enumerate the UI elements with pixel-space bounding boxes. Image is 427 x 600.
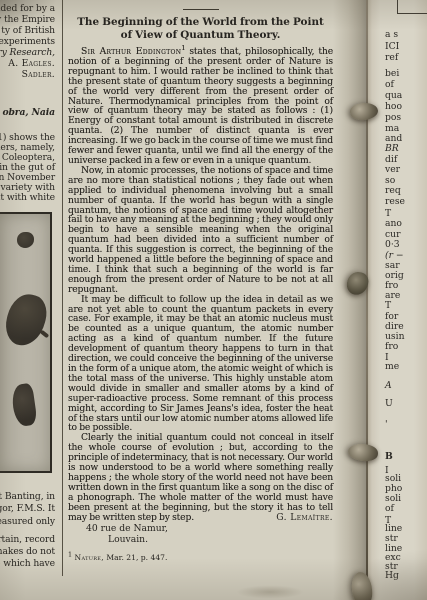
right-page-text-fragment: of [385, 504, 394, 515]
right-page-text-fragment: ver [385, 165, 400, 176]
left-column-text-fragment: two which have [0, 559, 55, 570]
left-column-text-fragment: Dairy Research, [0, 48, 55, 59]
left-column-text-fragment: out with white [0, 193, 55, 204]
facing-page-edge: a sICIrefbeiofquahooposmaandBRdifversore… [368, 0, 427, 600]
article-paragraph: It may be difficult to follow up the ide… [68, 295, 333, 434]
right-page-text-fragment: rese [385, 197, 405, 208]
book-gutter-shadow [333, 0, 367, 600]
section-separator-rule [183, 9, 219, 10]
left-column-text-fragment: y the Empire [0, 15, 55, 26]
right-page-text-fragment: hoo [385, 102, 402, 113]
article-paragraph: Clearly the initial quantum could not co… [68, 433, 333, 522]
left-column-text-fragment: obra, Naia [2, 108, 55, 119]
footnote-marker: 1 [68, 550, 72, 558]
article-title: The Beginning of the World from the Poin… [70, 16, 331, 42]
left-column-text-fragment: gor, F.M.S. It [0, 504, 55, 515]
specimen-larva-icon [10, 383, 38, 428]
right-page-text-fragment: ano [385, 219, 402, 230]
specimen-blob-icon [17, 232, 34, 248]
right-page-text-fragment: U [385, 399, 393, 410]
left-column-text-fragment: ty of British [1, 26, 55, 37]
right-page-text-fragment: T [385, 301, 391, 312]
left-column-text-fragment: snakes do not [0, 547, 55, 558]
right-page-text-fragment: bei [385, 69, 399, 80]
footnote-journal: Nature, [75, 553, 104, 562]
left-column-text-fragment: e experiments [0, 37, 55, 48]
address-line-city: Louvain. [68, 534, 333, 545]
right-page-text-fragment: req [385, 186, 401, 197]
left-column-strip: ided for by ay the Empirety of Britishe … [0, 0, 58, 600]
left-column-text-fragment: ided for by a [0, 4, 55, 15]
right-page-text-fragment: B [385, 452, 393, 463]
footnote: 1 Nature, Mar. 21, p. 447. [68, 553, 333, 562]
right-page-text-fragment: a s [385, 30, 398, 41]
left-column-text-fragment: measured only [0, 517, 55, 528]
left-column-text-fragment: A. Eagles. [8, 59, 55, 70]
right-page-text-fragment: A [385, 381, 392, 392]
specimen-photograph [0, 212, 52, 473]
address-line-street: 40 rue de Namur, [68, 523, 333, 534]
left-column-text-fragment: certain, record [0, 535, 55, 546]
article-paragraph: Now, in atomic processes, the notions of… [68, 166, 333, 295]
specimen-beetle-leg-icon [40, 330, 50, 339]
right-page-text-fragment: me [385, 362, 399, 373]
advert-box-corner-rule [397, 0, 427, 14]
paragraph-text: states that, philosophically, the notion… [68, 46, 333, 166]
article-paragraphs: Now, in atomic processes, the notions of… [68, 166, 333, 523]
right-page-text-fragment: BR [385, 144, 399, 155]
book-page-photo: ided for by ay the Empirety of Britishe … [0, 0, 427, 600]
right-page-text-fragment: of [385, 80, 394, 91]
right-page-text-fragment: ' [385, 420, 388, 431]
article-opening-paragraph: Sir Arthur Eddington1 states that, philo… [68, 47, 333, 166]
footnote-reference-marker: 1 [181, 44, 185, 52]
left-column-text-fragment: at Banting, in [0, 492, 55, 503]
right-page-text-fragment: pos [385, 113, 401, 124]
right-page-text-fragment: ref [385, 53, 398, 64]
right-page-text-fragment: ICI [385, 42, 399, 53]
article-column: The Beginning of the World from the Poin… [68, 4, 333, 562]
left-column-text-fragment: Sadler. [22, 70, 55, 81]
column-divider-rule [62, 0, 63, 576]
right-page-text-fragment: Hg [385, 571, 399, 582]
right-page-text-fragment: 0·3 [385, 240, 400, 251]
specimen-beetle-icon [1, 290, 50, 350]
right-page-text-fragment: qua [385, 91, 402, 102]
footnote-text: Mar. 21, p. 447. [104, 553, 167, 562]
right-page-text-fragment: fro [385, 342, 398, 353]
